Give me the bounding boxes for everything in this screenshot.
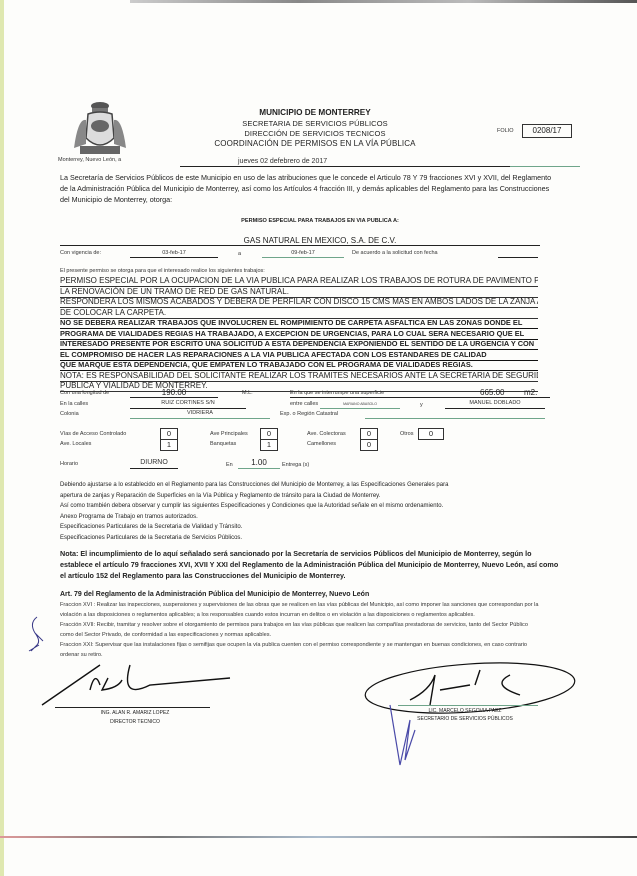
company-name: GAS NATURAL EN MEXICO, S.A. DE C.V. [200,236,440,245]
schedule-value: DIURNO [130,459,178,466]
validity-label: Con vigencia de: [60,250,101,256]
date-underline [180,166,510,167]
sidewalk-label: Banquetas [210,441,236,447]
left-signature-line [55,707,210,708]
intro-paragraph: La Secretaría de Servicios Públicos de e… [60,172,555,205]
local-ave-count: 1 [160,439,178,451]
deliveries-value: 1.00 [238,458,280,467]
length-value: 190.00 [130,388,218,397]
issue-date: jueves 02 defebrero de 2017 [238,158,327,165]
street-value: RUIZ CORTINES S/N [130,400,246,406]
folio-number: 0208/17 [522,124,572,138]
regulation-line: Especificaciones Particulares de la Secr… [60,522,560,533]
request-date-field [498,257,538,258]
permit-heading: PERMISO ESPECIAL PARA TRABAJOS EN VIA PU… [200,218,440,224]
scan-edge [0,0,4,876]
initials-mark [25,615,55,655]
validity-to-label: a [238,251,241,257]
left-signature [40,660,240,710]
schedule-underline [130,468,178,469]
municipality-title: MUNICIPIO DE MONTERREY [200,108,430,117]
article-fractions: Fraccion XVI : Realizar las inspecciones… [60,600,540,660]
scan-top-shadow [130,0,637,3]
colony-underline [130,418,270,419]
length-unit: M.L. [242,390,253,396]
article-fraction: Fracción XVII: Recibir, tramitar y resol… [60,620,540,640]
other-count: 0 [418,428,444,440]
left-signatory-name: ING. ALAN R. AMARIZ LOPEZ [60,710,210,716]
validity-to: 09-feb-17 [262,250,344,256]
schedule-label: Horario [60,461,78,467]
regulation-line: Anexo Programa de Trabajo en tramos auto… [60,512,560,523]
company-underline [60,245,540,246]
collector-ave-label: Ave. Colectoras [307,431,346,437]
surface-unit: m2. [524,388,537,397]
colony-value: VIDRIERA [130,410,270,416]
between-value: MARIANO ABASOLO [320,402,400,406]
length-label: Con una longitud de [60,390,109,396]
surface-value: 665.00 [480,388,504,397]
regulation-line: Especificaciones Particulares de la Secr… [60,533,560,544]
right-signatory-title: SECRETARIO DE SERVICIOS PÚBLICOS [395,716,535,722]
sanction-note: Nota: El incumplimiento de lo aquí señal… [60,548,560,581]
main-ave-label: Ave Principales [210,431,248,437]
between-label: entre calles [290,401,318,407]
controlled-access-label: Vías de Acceso Controlado [60,431,126,437]
and-label: y [420,402,423,408]
validity-to-underline [262,257,344,258]
sidewalk-count: 1 [260,439,278,451]
length-underline [130,397,218,398]
validity-from: 03-feb-17 [130,250,218,256]
other-label: Otros [400,431,413,437]
request-label: De acuerdo a la solicitud con fecha [352,250,438,256]
and-value: MANUEL DOBLADO [445,400,545,406]
regulation-line: Debiendo ajustarse a lo establecido en e… [60,480,560,491]
deliveries-underline [238,468,280,469]
article-fraction: Fraccion XVI : Realizar las inspecciones… [60,600,540,620]
between-underline [320,408,400,409]
colony-label: Colonia [60,411,79,417]
regulation-line: Así como trambién debera observar y cump… [60,501,560,512]
date-underline-tail [510,166,580,167]
right-signatory-name: LIC. MARCELO SEGOVIA PAEZ [395,708,535,714]
street-label: En la calles [60,401,88,407]
folio-label: FOLIO [497,128,514,134]
region-label: Exp. o Región Catastral [280,411,338,417]
right-signature [360,660,580,770]
scan-bottom-edge [0,836,637,838]
article-title: Art. 79 del Reglamento de la Administrac… [60,589,560,600]
direction-title: DIRECCIÓN DE SERVICIOS TECNICOS [200,129,430,138]
municipal-coat-of-arms-logo [70,98,130,156]
deliveries-label: Entrega (s) [282,462,309,468]
in-label: En [226,462,233,468]
local-ave-label: Ave. Locales [60,441,91,447]
regulations-list: Debiendo ajustarse a lo establecido en e… [60,480,560,543]
surface-label: En la que se interrumpe una superficie [290,390,384,396]
median-label: Camellones [307,441,336,447]
right-signature-line [398,705,538,706]
region-field [365,418,545,419]
left-signatory-role: DIRECTOR TECNICO [60,719,210,725]
and-underline [445,408,545,409]
median-count: 0 [360,439,378,451]
logo-caption: Monterrey, Nuevo León, a [58,157,121,163]
regulation-line: apertura de zanjas y Reparación de Super… [60,491,560,502]
article-fraction: Fraccion XXI: Supervisar que las instala… [60,640,540,660]
works-intro: El presente permiso se otorga para que e… [60,268,265,274]
surface-underline [290,397,550,398]
secretariat-title: SECRETARIA DE SERVICIOS PÚBLICOS [200,119,430,128]
validity-from-underline [130,257,218,258]
street-underline [130,408,246,409]
coordination-title: COORDINACIÓN DE PERMISOS EN LA VÍA PÚBLI… [200,139,430,148]
